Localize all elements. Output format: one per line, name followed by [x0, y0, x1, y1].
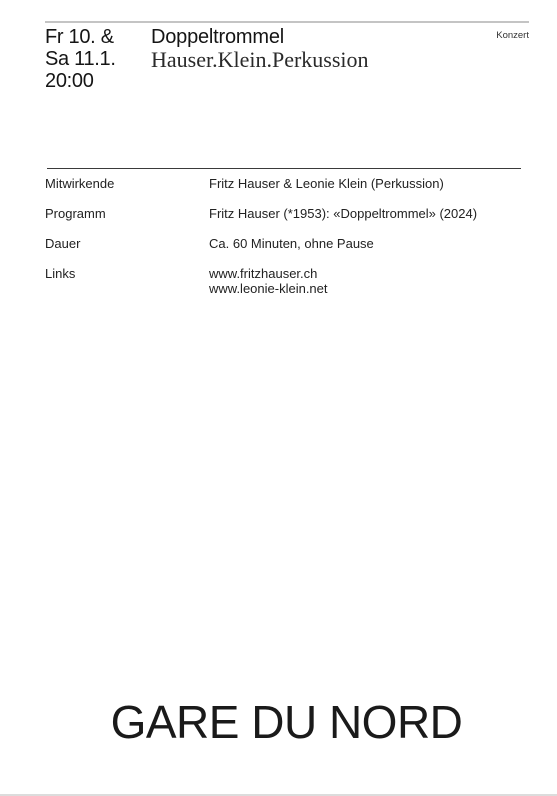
- event-details: Mitwirkende Fritz Hauser & Leonie Klein …: [45, 176, 535, 311]
- detail-row-links: Links www.fritzhauser.ch www.leonie-klei…: [45, 266, 535, 296]
- detail-row-duration: Dauer Ca. 60 Minuten, ohne Pause: [45, 236, 535, 251]
- link-fritzhauser[interactable]: www.fritzhauser.ch: [209, 266, 328, 281]
- detail-row-program: Programm Fritz Hauser (*1953): «Doppeltr…: [45, 206, 535, 221]
- details-divider: [47, 168, 521, 169]
- date-line-2: Sa 11.1.: [45, 48, 116, 70]
- event-category: Konzert: [496, 30, 529, 41]
- event-date: Fr 10. & Sa 11.1. 20:00: [45, 26, 116, 92]
- detail-label: Dauer: [45, 236, 209, 251]
- detail-label: Programm: [45, 206, 209, 221]
- detail-value: Fritz Hauser & Leonie Klein (Perkussion): [209, 176, 444, 191]
- detail-value: Fritz Hauser (*1953): «Doppeltrommel» (2…: [209, 206, 477, 221]
- detail-value: Ca. 60 Minuten, ohne Pause: [209, 236, 374, 251]
- duration-text: Ca. 60 Minuten, ohne Pause: [209, 236, 374, 251]
- detail-label: Mitwirkende: [45, 176, 209, 191]
- top-divider: [45, 21, 529, 23]
- event-title: Doppeltrommel: [151, 26, 369, 48]
- event-time: 20:00: [45, 70, 116, 92]
- venue-logo: GARE DU NORD: [0, 694, 557, 750]
- event-heading: Doppeltrommel Hauser.Klein.Perkussion: [151, 26, 369, 72]
- detail-row-performers: Mitwirkende Fritz Hauser & Leonie Klein …: [45, 176, 535, 191]
- detail-value: www.fritzhauser.ch www.leonie-klein.net: [209, 266, 328, 296]
- event-subtitle: Hauser.Klein.Perkussion: [151, 48, 369, 72]
- detail-label: Links: [45, 266, 209, 296]
- program-text: Fritz Hauser (*1953): «Doppeltrommel» (2…: [209, 206, 477, 221]
- date-line-1: Fr 10. &: [45, 26, 116, 48]
- link-leonie-klein[interactable]: www.leonie-klein.net: [209, 281, 328, 296]
- performers-text: Fritz Hauser & Leonie Klein (Perkussion): [209, 176, 444, 191]
